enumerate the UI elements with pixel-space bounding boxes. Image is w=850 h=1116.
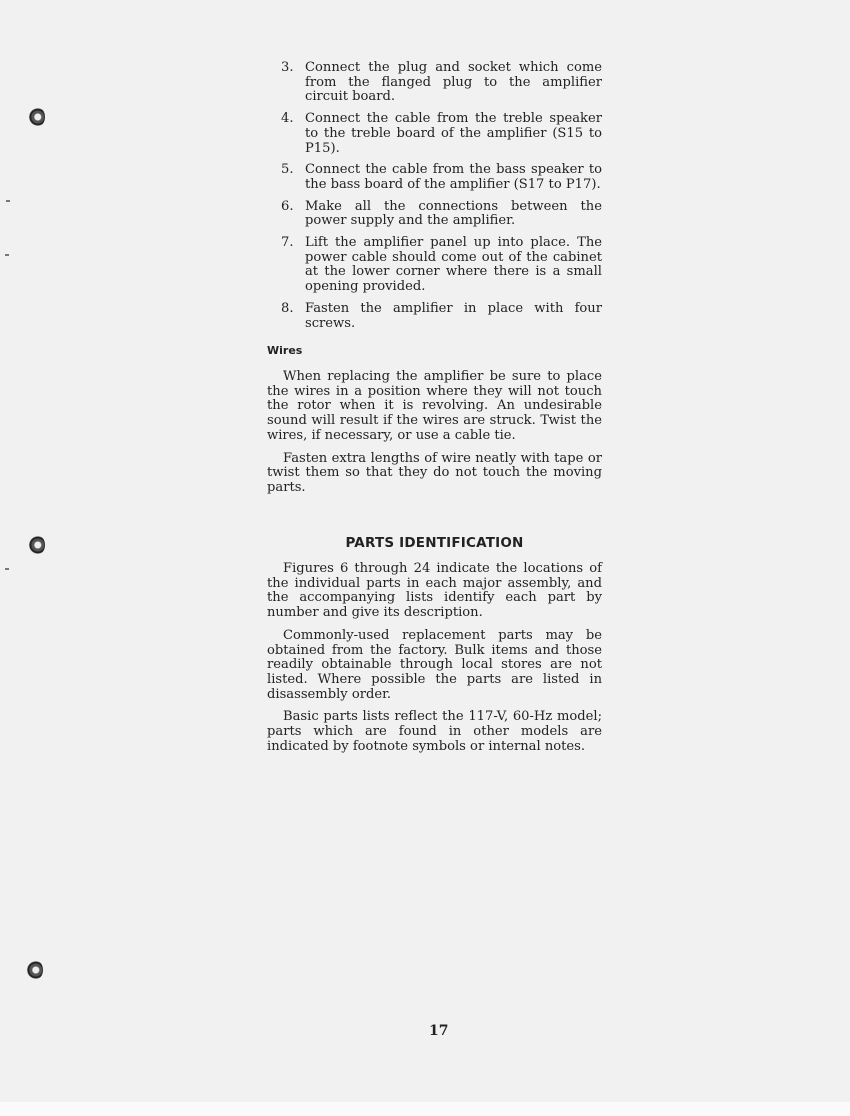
step-item: 8.Fasten the amplifier in place with fou…: [267, 302, 602, 331]
step-text: Make all the connections between the pow…: [305, 199, 602, 229]
binder-hole-icon: [29, 107, 45, 127]
step-item: 7.Lift the amplifier panel up into place…: [267, 236, 602, 295]
step-item: 3.Connect the plug and socket which come…: [267, 61, 602, 105]
step-text: Connect the cable from the treble speake…: [305, 111, 602, 155]
scan-speck: [5, 254, 9, 256]
step-number: 6.: [281, 200, 294, 215]
scan-speck: [5, 568, 9, 570]
page-bottom-edge: [0, 1102, 850, 1116]
step-text: Connect the cable from the bass speaker …: [305, 162, 602, 192]
step-number: 8.: [281, 302, 294, 317]
parts-identification-heading: PARTS IDENTIFICATION: [267, 535, 602, 551]
parts-paragraph: Commonly-used replacement parts may be o…: [267, 629, 602, 703]
wires-paragraph: When replacing the amplifier be sure to …: [267, 370, 602, 444]
step-number: 4.: [281, 112, 294, 127]
step-number: 5.: [281, 163, 294, 178]
step-item: 6.Make all the connections between the p…: [267, 200, 602, 229]
step-number: 3.: [281, 61, 294, 76]
page-number: 17: [429, 1023, 448, 1039]
parts-identification-section: Figures 6 through 24 indicate the locati…: [267, 562, 602, 762]
step-item: 5.Connect the cable from the bass speake…: [267, 163, 602, 192]
assembly-steps: 3.Connect the plug and socket which come…: [267, 61, 602, 338]
wires-heading: Wires: [267, 344, 302, 357]
step-text: Fasten the amplifier in place with four …: [305, 301, 602, 331]
parts-paragraph: Basic parts lists reflect the 117-V, 60-…: [267, 710, 602, 754]
binder-hole-icon: [29, 535, 45, 555]
step-number: 7.: [281, 236, 294, 251]
step-item: 4.Connect the cable from the treble spea…: [267, 112, 602, 156]
binder-hole-icon: [27, 960, 43, 980]
wires-paragraph: Fasten extra lengths of wire neatly with…: [267, 452, 602, 496]
parts-paragraph: Figures 6 through 24 indicate the locati…: [267, 562, 602, 621]
scan-speck: [6, 200, 10, 202]
wires-section: When replacing the amplifier be sure to …: [267, 370, 602, 504]
step-text: Connect the plug and socket which come f…: [305, 60, 602, 104]
step-text: Lift the amplifier panel up into place. …: [305, 235, 602, 294]
